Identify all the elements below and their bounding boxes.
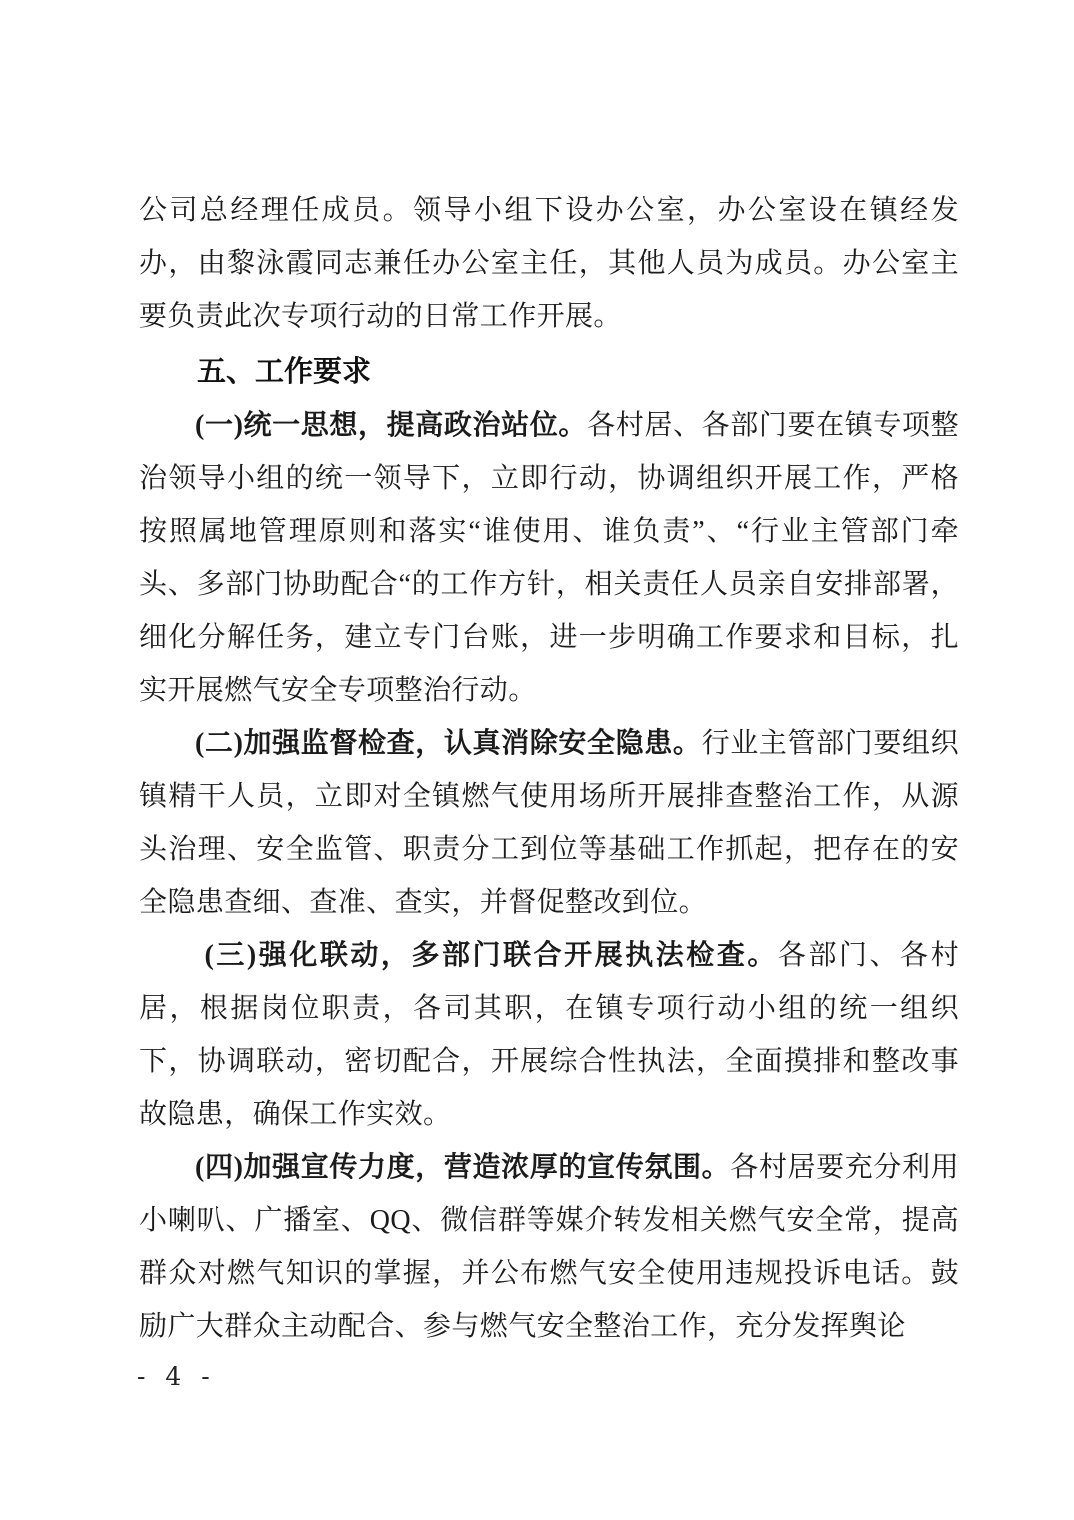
item-lead: (二)加强监督检查，认真消除安全隐患。	[195, 728, 702, 759]
continuation-paragraph: 公司总经理任成员。领导小组下设办公室，办公室设在镇经发办，由黎泳霞同志兼任办公室…	[139, 184, 959, 343]
item-lead: (一)统一思想，提高政治站位。	[195, 410, 587, 441]
document-page: 公司总经理任成员。领导小组下设办公室，办公室设在镇经发办，由黎泳霞同志兼任办公室…	[0, 0, 1074, 1520]
item-lead: (三)强化联动，多部门联合开展执法检查。	[195, 940, 778, 971]
item-lead: (四)加强宣传力度，营造浓厚的宣传氛围。	[195, 1152, 730, 1183]
item-paragraph-2: (二)加强监督检查，认真消除安全隐患。行业主管部门要组织镇精干人员，立即对全镇燃…	[139, 717, 959, 929]
item-paragraph-4: (四)加强宣传力度，营造浓厚的宣传氛围。各村居要充分利用小喇叭、广播室、QQ、微…	[139, 1141, 959, 1353]
document-body: 公司总经理任成员。领导小组下设办公室，办公室设在镇经发办，由黎泳霞同志兼任办公室…	[139, 184, 959, 1353]
section-heading: 五、工作要求	[139, 343, 959, 399]
item-body: 各村居、各部门要在镇专项整治领导小组的统一领导下，立即行动，协调组织开展工作，严…	[139, 410, 959, 706]
page-number: - 4 -	[137, 1362, 216, 1391]
item-paragraph-3: (三)强化联动，多部门联合开展执法检查。各部门、各村居，根据岗位职责，各司其职，…	[139, 929, 959, 1141]
item-paragraph-1: (一)统一思想，提高政治站位。各村居、各部门要在镇专项整治领导小组的统一领导下，…	[139, 399, 959, 717]
